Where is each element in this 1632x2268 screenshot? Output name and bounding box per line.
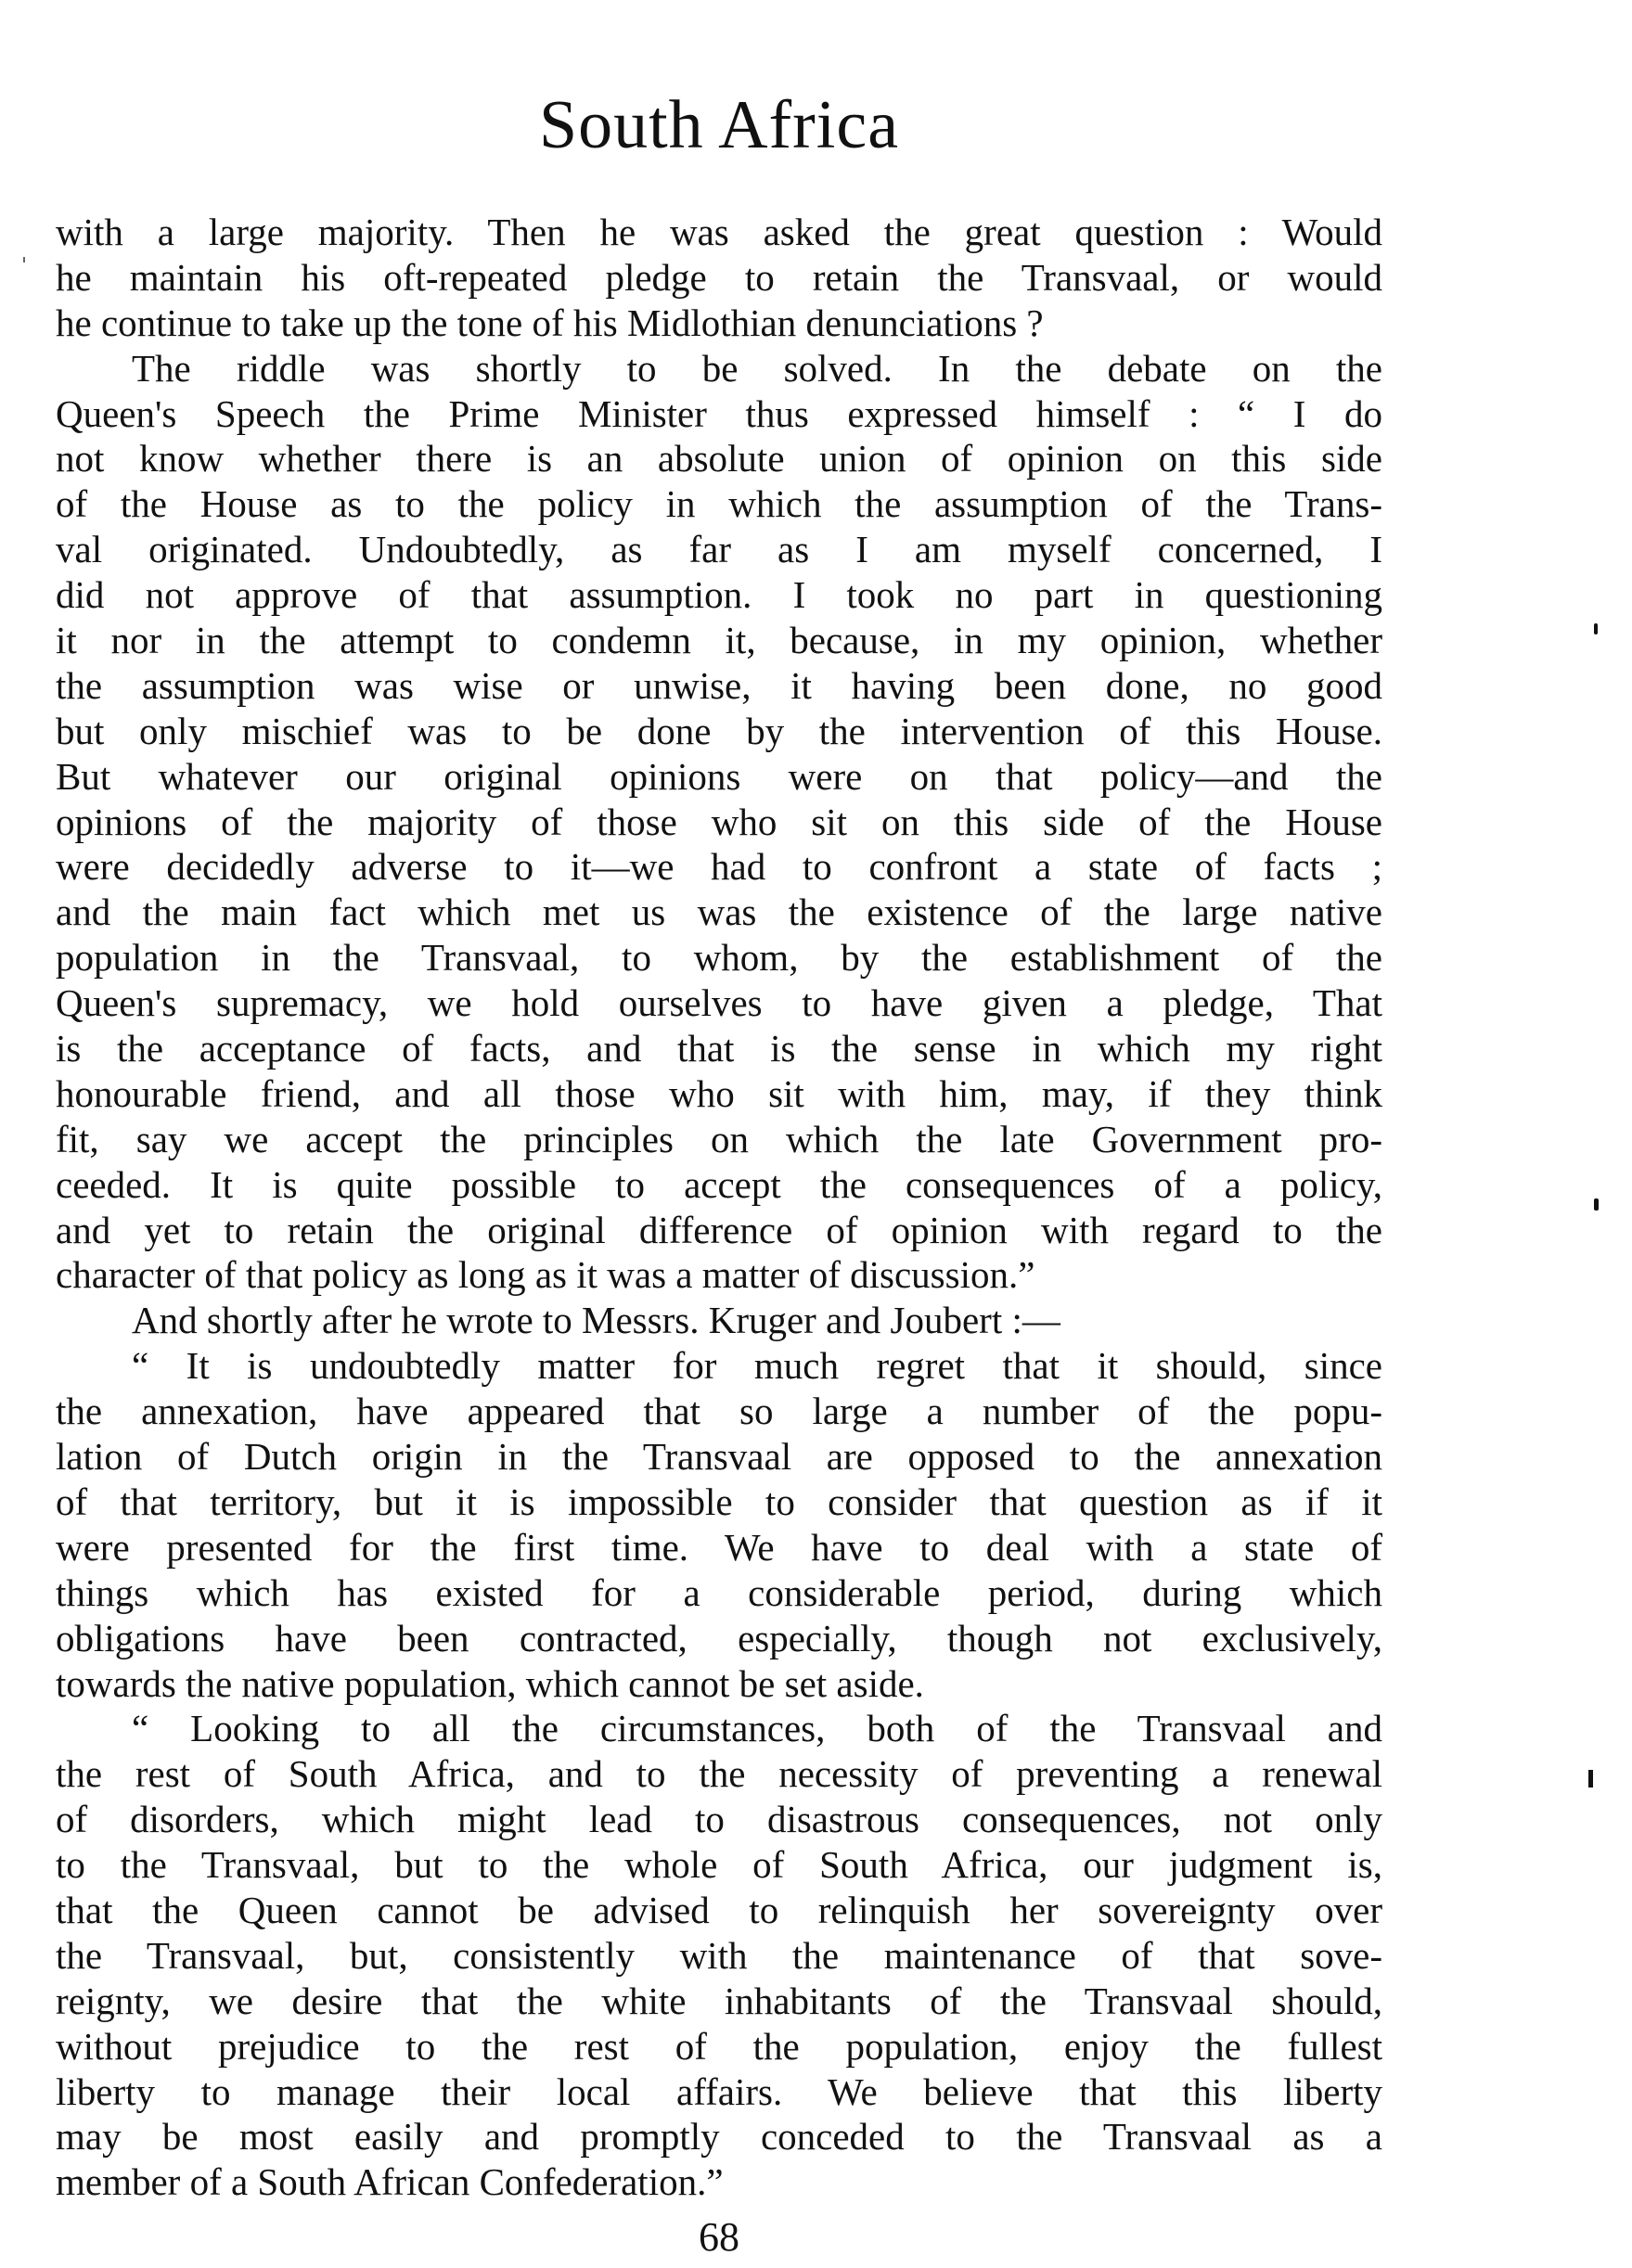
text-line: with a large majority. Then he was asked… xyxy=(56,210,1382,255)
text-line: population in the Transvaal, to whom, by… xyxy=(56,935,1382,980)
text-line: And shortly after he wrote to Messrs. Kr… xyxy=(56,1298,1382,1343)
text-line: of disorders, which might lead to disast… xyxy=(56,1797,1382,1842)
text-line: But whatever our original opinions were … xyxy=(56,754,1382,800)
text-line: towards the native population, which can… xyxy=(56,1661,1382,1707)
text-line: it nor in the attempt to condemn it, bec… xyxy=(56,618,1382,663)
text-line: of the House as to the policy in which t… xyxy=(56,481,1382,527)
text-line: character of that policy as long as it w… xyxy=(56,1252,1382,1298)
text-line: were presented for the first time. We ha… xyxy=(56,1525,1382,1570)
running-title: South Africa xyxy=(0,88,1438,162)
margin-mark xyxy=(1594,623,1598,634)
text-line: “ Looking to all the circumstances, both… xyxy=(56,1706,1382,1751)
text-line: he maintain his oft-repeated pledge to r… xyxy=(56,255,1382,301)
text-line: opinions of the majority of those who si… xyxy=(56,800,1382,845)
text-line: not know whether there is an absolute un… xyxy=(56,436,1382,481)
text-line: were decidedly adverse to it—we had to c… xyxy=(56,844,1382,890)
text-line: but only mischief was to be done by the … xyxy=(56,709,1382,754)
text-line: the Transvaal, but, consistently with th… xyxy=(56,1933,1382,1979)
text-line: of that territory, but it is impossible … xyxy=(56,1480,1382,1525)
text-line: things which has existed for a considera… xyxy=(56,1570,1382,1616)
text-line: did not approve of that assumption. I to… xyxy=(56,572,1382,618)
text-line: and the main fact which met us was the e… xyxy=(56,890,1382,935)
text-line: val originated. Undoubtedly, as far as I… xyxy=(56,527,1382,572)
text-line: Queen's supremacy, we hold ourselves to … xyxy=(56,980,1382,1026)
text-line: lation of Dutch origin in the Transvaal … xyxy=(56,1434,1382,1480)
text-line: the annexation, have appeared that so la… xyxy=(56,1389,1382,1434)
text-line: “ It is undoubtedly matter for much regr… xyxy=(56,1343,1382,1389)
body-text: with a large majority. Then he was asked… xyxy=(56,210,1382,2205)
page-number: 68 xyxy=(0,2215,1438,2260)
text-line: fit, say we accept the principles on whi… xyxy=(56,1117,1382,1162)
book-page: South Africa with a large majority. Then… xyxy=(0,0,1632,2268)
text-line: may be most easily and promptly conceded… xyxy=(56,2114,1382,2159)
text-line: honourable friend, and all those who sit… xyxy=(56,1071,1382,1117)
text-line: is the acceptance of facts, and that is … xyxy=(56,1026,1382,1071)
text-line: to the Transvaal, but to the whole of So… xyxy=(56,1842,1382,1888)
text-line: the rest of South Africa, and to the nec… xyxy=(56,1751,1382,1797)
margin-mark xyxy=(1594,1198,1599,1211)
text-line: liberty to manage their local affairs. W… xyxy=(56,2069,1382,2115)
text-line: and yet to retain the original differenc… xyxy=(56,1208,1382,1253)
text-line: The riddle was shortly to be solved. In … xyxy=(56,346,1382,391)
text-line: without prejudice to the rest of the pop… xyxy=(56,2024,1382,2069)
text-line: obligations have been contracted, especi… xyxy=(56,1616,1382,1661)
text-line: member of a South African Confederation.… xyxy=(56,2159,1382,2205)
margin-mark xyxy=(1588,1770,1593,1787)
text-line: the assumption was wise or unwise, it ha… xyxy=(56,663,1382,709)
scan-speck xyxy=(23,257,25,263)
text-line: that the Queen cannot be advised to reli… xyxy=(56,1888,1382,1933)
text-line: Queen's Speech the Prime Minister thus e… xyxy=(56,391,1382,437)
text-line: ceeded. It is quite possible to accept t… xyxy=(56,1162,1382,1208)
text-line: he continue to take up the tone of his M… xyxy=(56,301,1382,346)
text-line: reignty, we desire that the white inhabi… xyxy=(56,1979,1382,2024)
